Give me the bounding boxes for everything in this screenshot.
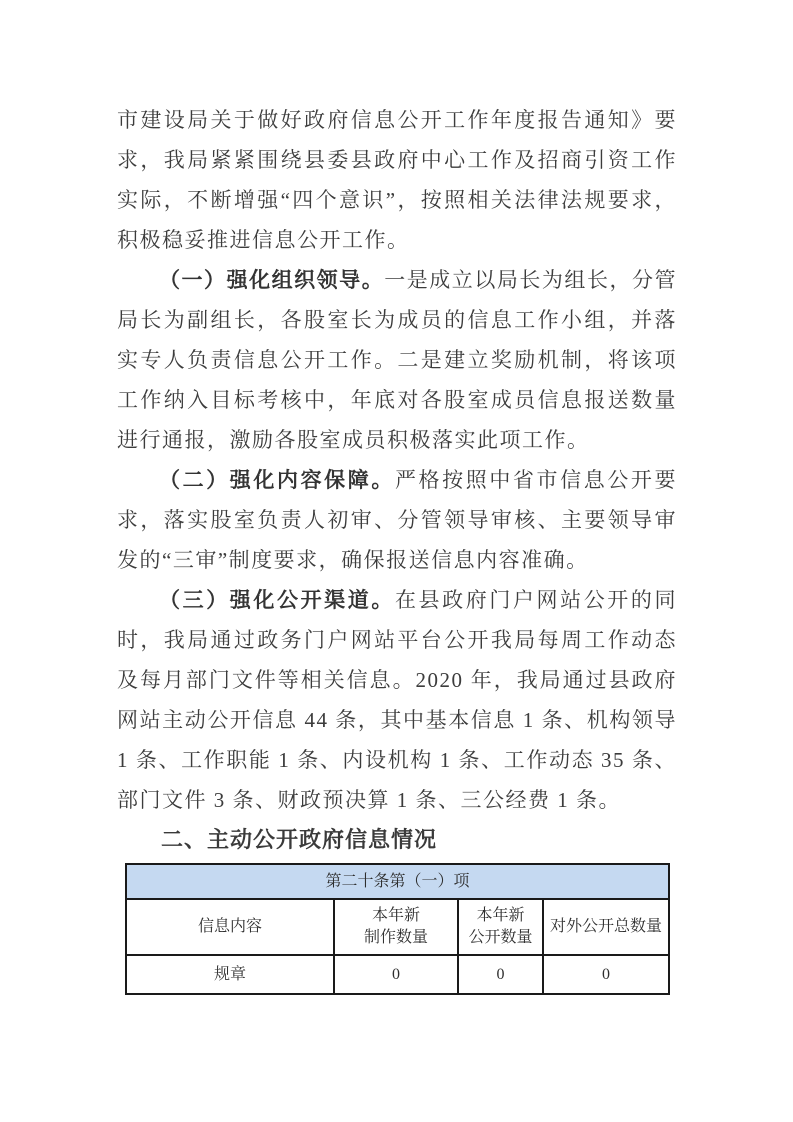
table-row: 规章 0 0 0 <box>126 955 669 994</box>
table-title: 第二十条第（一）项 <box>126 864 669 899</box>
col-header-new-published: 本年新 公开数量 <box>458 899 543 955</box>
section-heading: 二、主动公开政府信息情况 <box>117 820 677 860</box>
paragraph: 市建设局关于做好政府信息公开工作年度报告通知》要求，我局紧紧围绕县委县政府中心工… <box>117 100 677 260</box>
document-content: 市建设局关于做好政府信息公开工作年度报告通知》要求，我局紧紧围绕县委县政府中心工… <box>117 100 677 995</box>
col-header-info-content: 信息内容 <box>126 899 334 955</box>
table-title-row: 第二十条第（一）项 <box>126 864 669 899</box>
paragraph-lead: （三）强化公开渠道。 <box>159 588 395 612</box>
col-header-total-public: 对外公开总数量 <box>543 899 669 955</box>
paragraph-text: 在县政府门户网站公开的同时，我局通过政务门户网站平台公开我局每周工作动态及每月部… <box>117 588 677 812</box>
paragraph-text: 一是成立以局长为组长，分管局长为副组长，各股室长为成员的信息工作小组，并落实专人… <box>117 268 677 452</box>
table-cell-value: 0 <box>543 955 669 994</box>
document-page: 市建设局关于做好政府信息公开工作年度报告通知》要求，我局紧紧围绕县委县政府中心工… <box>0 0 793 1122</box>
table-cell-category: 规章 <box>126 955 334 994</box>
paragraph-lead: （二）强化内容保障。 <box>159 468 395 492</box>
paragraph-lead: （一）强化组织领导。 <box>159 268 384 292</box>
table-cell-value: 0 <box>334 955 458 994</box>
table-header-row: 信息内容 本年新 制作数量 本年新 公开数量 对外公开总数量 <box>126 899 669 955</box>
table-cell-value: 0 <box>458 955 543 994</box>
paragraph: （二）强化内容保障。严格按照中省市信息公开要求，落实股室负责人初审、分管领导审核… <box>117 460 677 580</box>
paragraph-text: 市建设局关于做好政府信息公开工作年度报告通知》要求，我局紧紧围绕县委县政府中心工… <box>117 108 677 252</box>
paragraph: （一）强化组织领导。一是成立以局长为组长，分管局长为副组长，各股室长为成员的信息… <box>117 260 677 460</box>
info-table: 第二十条第（一）项 信息内容 本年新 制作数量 本年新 公开数量 对外公开总数量 <box>125 863 670 995</box>
col-header-new-produced: 本年新 制作数量 <box>334 899 458 955</box>
paragraph: （三）强化公开渠道。在县政府门户网站公开的同时，我局通过政务门户网站平台公开我局… <box>117 580 677 820</box>
